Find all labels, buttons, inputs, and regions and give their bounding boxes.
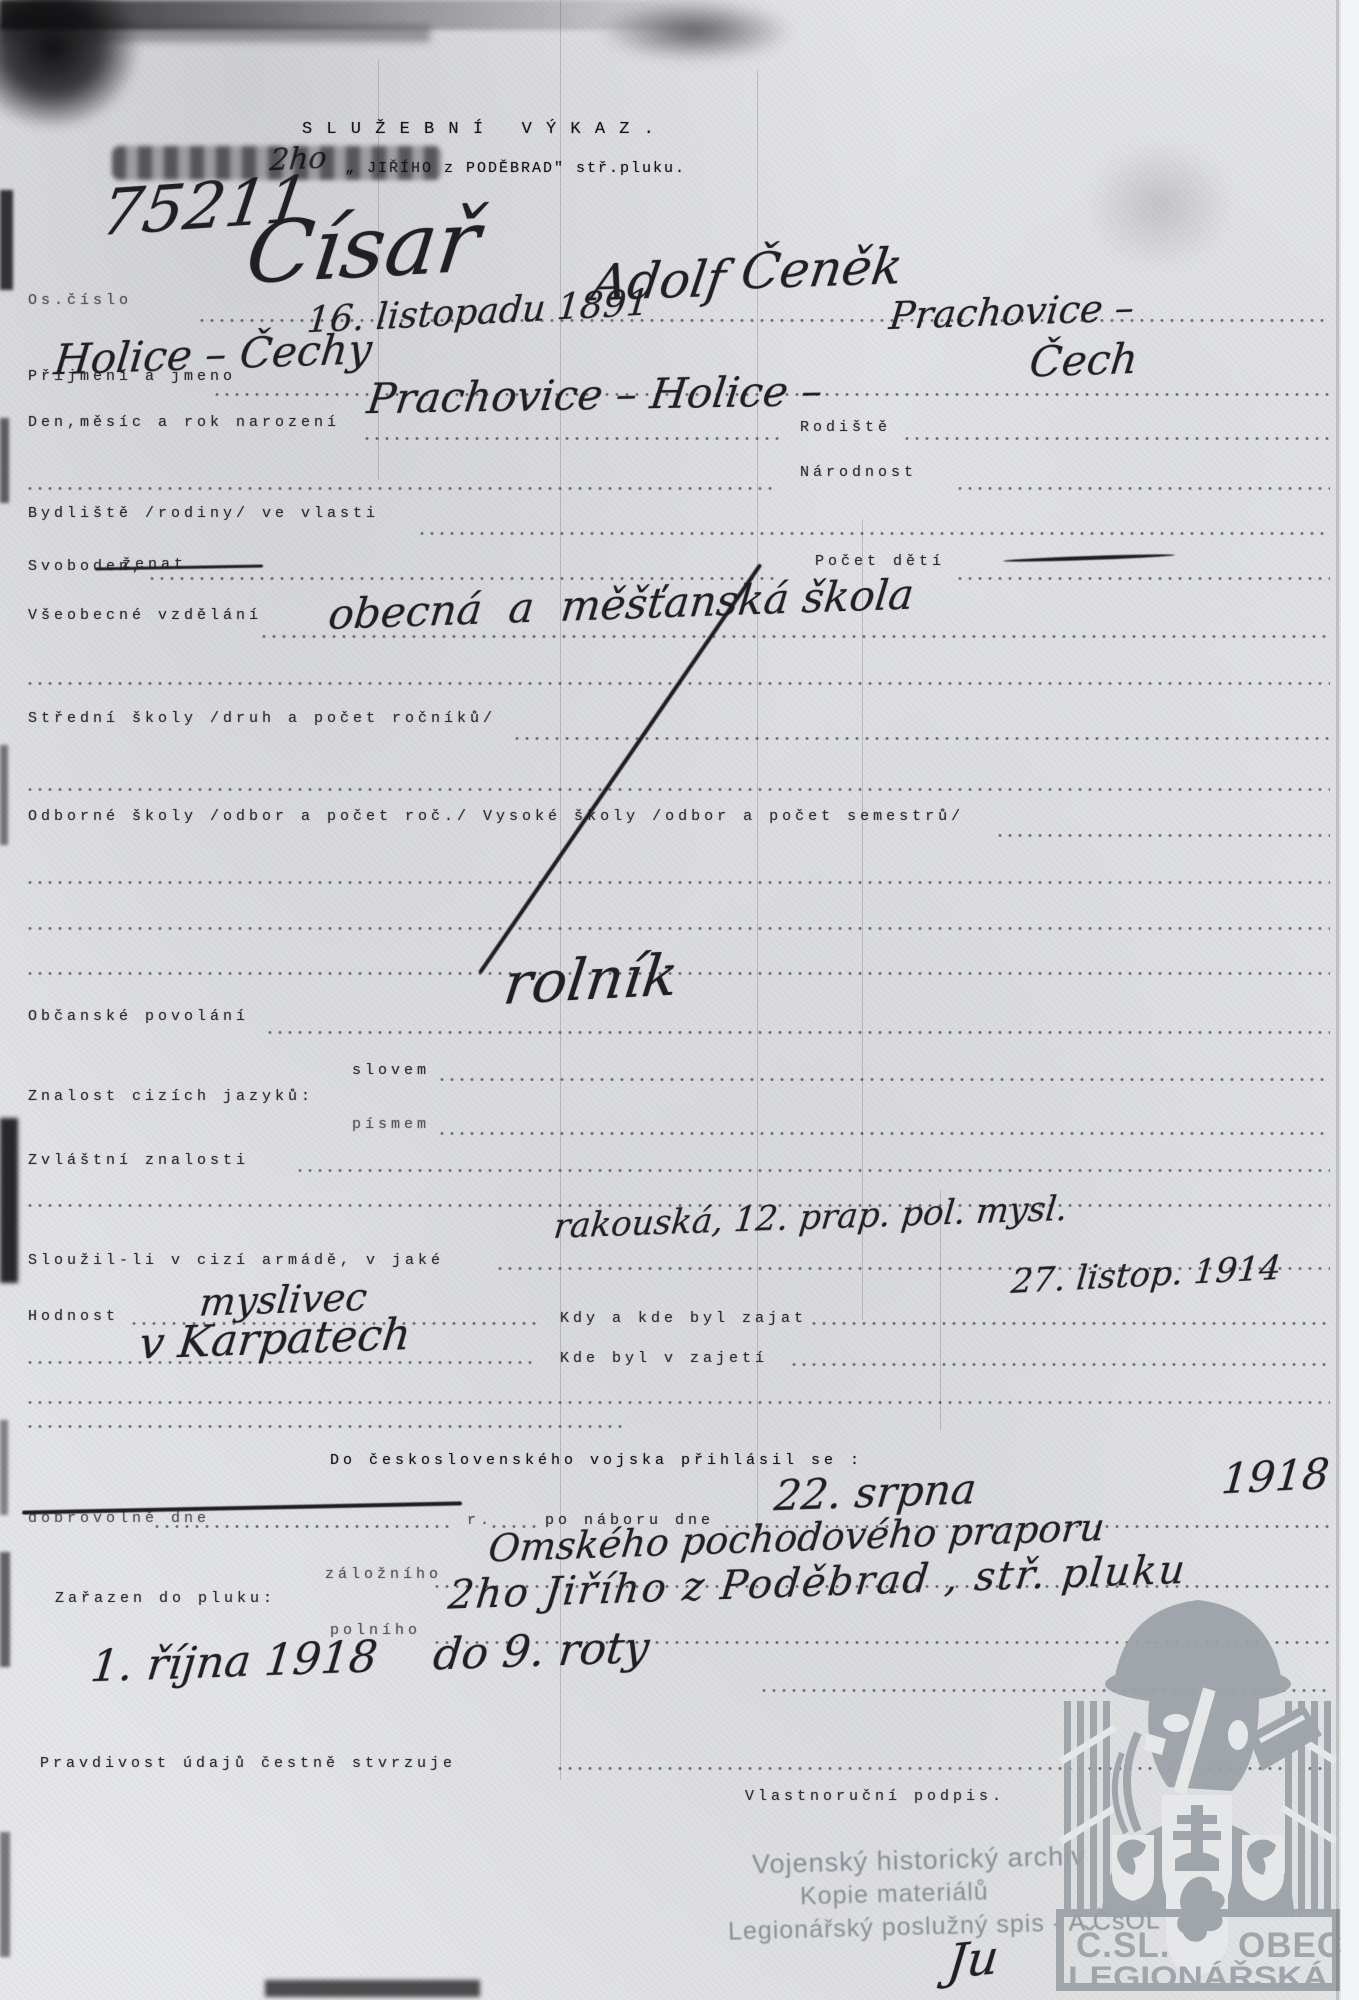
handwritten-enlist-year: 1918 <box>1220 1449 1332 1504</box>
edge-streak <box>0 1420 8 1515</box>
dotted-line <box>440 1077 1330 1082</box>
label-written: písmem <box>352 1116 430 1133</box>
label-birthplace: Rodiště <box>800 419 891 436</box>
dotted-line <box>998 833 1330 838</box>
label-personal-number: Os.číslo <box>28 292 132 309</box>
legion-emblem: Č.SL. OBEC LEGIONÁŘSKÁ <box>1052 1583 1344 1995</box>
dotted-line <box>958 576 1330 581</box>
handwritten-middle-name: Čeněk <box>737 237 906 301</box>
dotted-line <box>28 787 1330 792</box>
dotted-line <box>268 1030 1330 1035</box>
label-year-abbrev: r. <box>467 1512 493 1529</box>
label-reserve: záložního <box>325 1566 442 1583</box>
scan-smudge <box>265 1980 480 1997</box>
emblem-text-obec: OBEC <box>1238 1926 1343 1965</box>
handwritten-surname: Císař <box>241 192 485 304</box>
label-children-count: Počet dětí <box>815 553 945 570</box>
handwritten-nationality: Čech <box>1027 334 1140 387</box>
edge-streak <box>0 1832 10 1957</box>
emblem-text-legionarska: LEGIONÁŘSKÁ <box>1068 1960 1328 1994</box>
label-truth-attestation: Pravdivost údajů čestně stvrzuje <box>40 1755 456 1772</box>
dotted-line <box>812 1321 1330 1326</box>
scanned-service-record: S L U Ž E B N Í V Ý K A Z . 2ho „ JIŘÍHO… <box>0 0 1359 2000</box>
edge-streak <box>0 418 9 503</box>
handwritten-assignment-date: 1. října 1918 do 9. roty <box>88 1622 652 1692</box>
dotted-line <box>905 436 1330 441</box>
label-enlistment-heading: Do československého vojska přihlásil se … <box>330 1452 863 1469</box>
edge-streak <box>0 1118 18 1283</box>
scan-smudge <box>1085 140 1235 270</box>
label-signature: Vlastnoruční podpis. <box>745 1788 1005 1805</box>
handwritten-initials: Ju <box>945 1930 1002 1991</box>
archive-stamp-line: Vojenský historický archiv <box>752 1841 1086 1881</box>
label-special-skills: Zvláštní znalosti <box>28 1152 249 1169</box>
label-spoken: slovem <box>352 1062 430 1079</box>
label-vocational-schools: Odborné školy /odbor a počet roč./ Vysok… <box>28 808 964 825</box>
dotted-line <box>28 926 1330 931</box>
label-foreign-languages: Znalost cizích jazyků: <box>28 1088 314 1105</box>
scan-smudge <box>0 0 140 130</box>
label-secondary-schools: Střední školy /druh a počet ročníků/ <box>28 710 496 727</box>
handwritten-home-region: Holice – Čechy <box>52 324 375 384</box>
dotted-line <box>420 531 1330 536</box>
label-rank: Hodnost <box>28 1308 119 1325</box>
dotted-line <box>958 486 1330 491</box>
handwritten-residence: Prachovice – Holice – <box>364 366 825 423</box>
dotted-line <box>792 1362 1330 1367</box>
edge-streak <box>0 190 13 290</box>
label-foreign-army-service: Sloužil-li v cizí armádě, v jaké <box>28 1252 444 1269</box>
label-married: ženat <box>122 556 187 573</box>
emblem-text-csl: Č.SL. <box>1076 1925 1170 1965</box>
handwritten-capture-place: v Karpatech <box>137 1309 414 1369</box>
handwritten-capture-date: 27. listop. 1914 <box>1009 1248 1282 1302</box>
scan-smudge <box>0 0 740 30</box>
handwritten-occupation: rolník <box>500 941 682 1018</box>
strikethrough-line <box>22 1501 462 1514</box>
edge-streak <box>0 745 8 845</box>
label-civil-occupation: Občanské povolání <box>28 1008 249 1025</box>
label-nationality: Národnost <box>800 464 917 481</box>
handwritten-foreign-army: rakouská, 12. prap. pol. mysl. <box>552 1189 1070 1247</box>
dotted-line <box>28 1424 628 1429</box>
label-residence: Bydliště /rodiny/ ve vlasti <box>28 505 379 522</box>
label-assigned-to-regiment: Zařazen do pluku: <box>55 1590 276 1607</box>
scan-smudge <box>598 0 793 62</box>
form-subtitle: „ JIŘÍHO z PODĚBRAD" stř.pluku. <box>345 160 686 177</box>
label-general-education: Všeobecné vzdělání <box>28 607 262 624</box>
form-title: S L U Ž E B N Í V Ý K A Z . <box>302 120 656 139</box>
dotted-line <box>28 880 1330 885</box>
dotted-line <box>28 1400 1330 1405</box>
dotted-line <box>28 486 778 491</box>
label-birth-date: Den,měsíc a rok narození <box>28 414 340 431</box>
archive-stamp-line: Kopie materiálů <box>800 1878 989 1912</box>
label-when-captured: Kdy a kde byl zajat <box>560 1310 807 1327</box>
edge-streak <box>0 1552 10 1667</box>
handwritten-dash <box>1003 553 1175 563</box>
dotted-line <box>365 436 780 441</box>
handwritten-birthplace: Prachovice – <box>887 286 1136 338</box>
label-where-captive: Kde byl v zajetí <box>560 1350 768 1367</box>
dotted-line <box>440 1131 1330 1136</box>
scan-smudge <box>0 26 430 42</box>
dotted-line <box>28 971 1330 976</box>
dotted-line <box>298 1168 1330 1173</box>
